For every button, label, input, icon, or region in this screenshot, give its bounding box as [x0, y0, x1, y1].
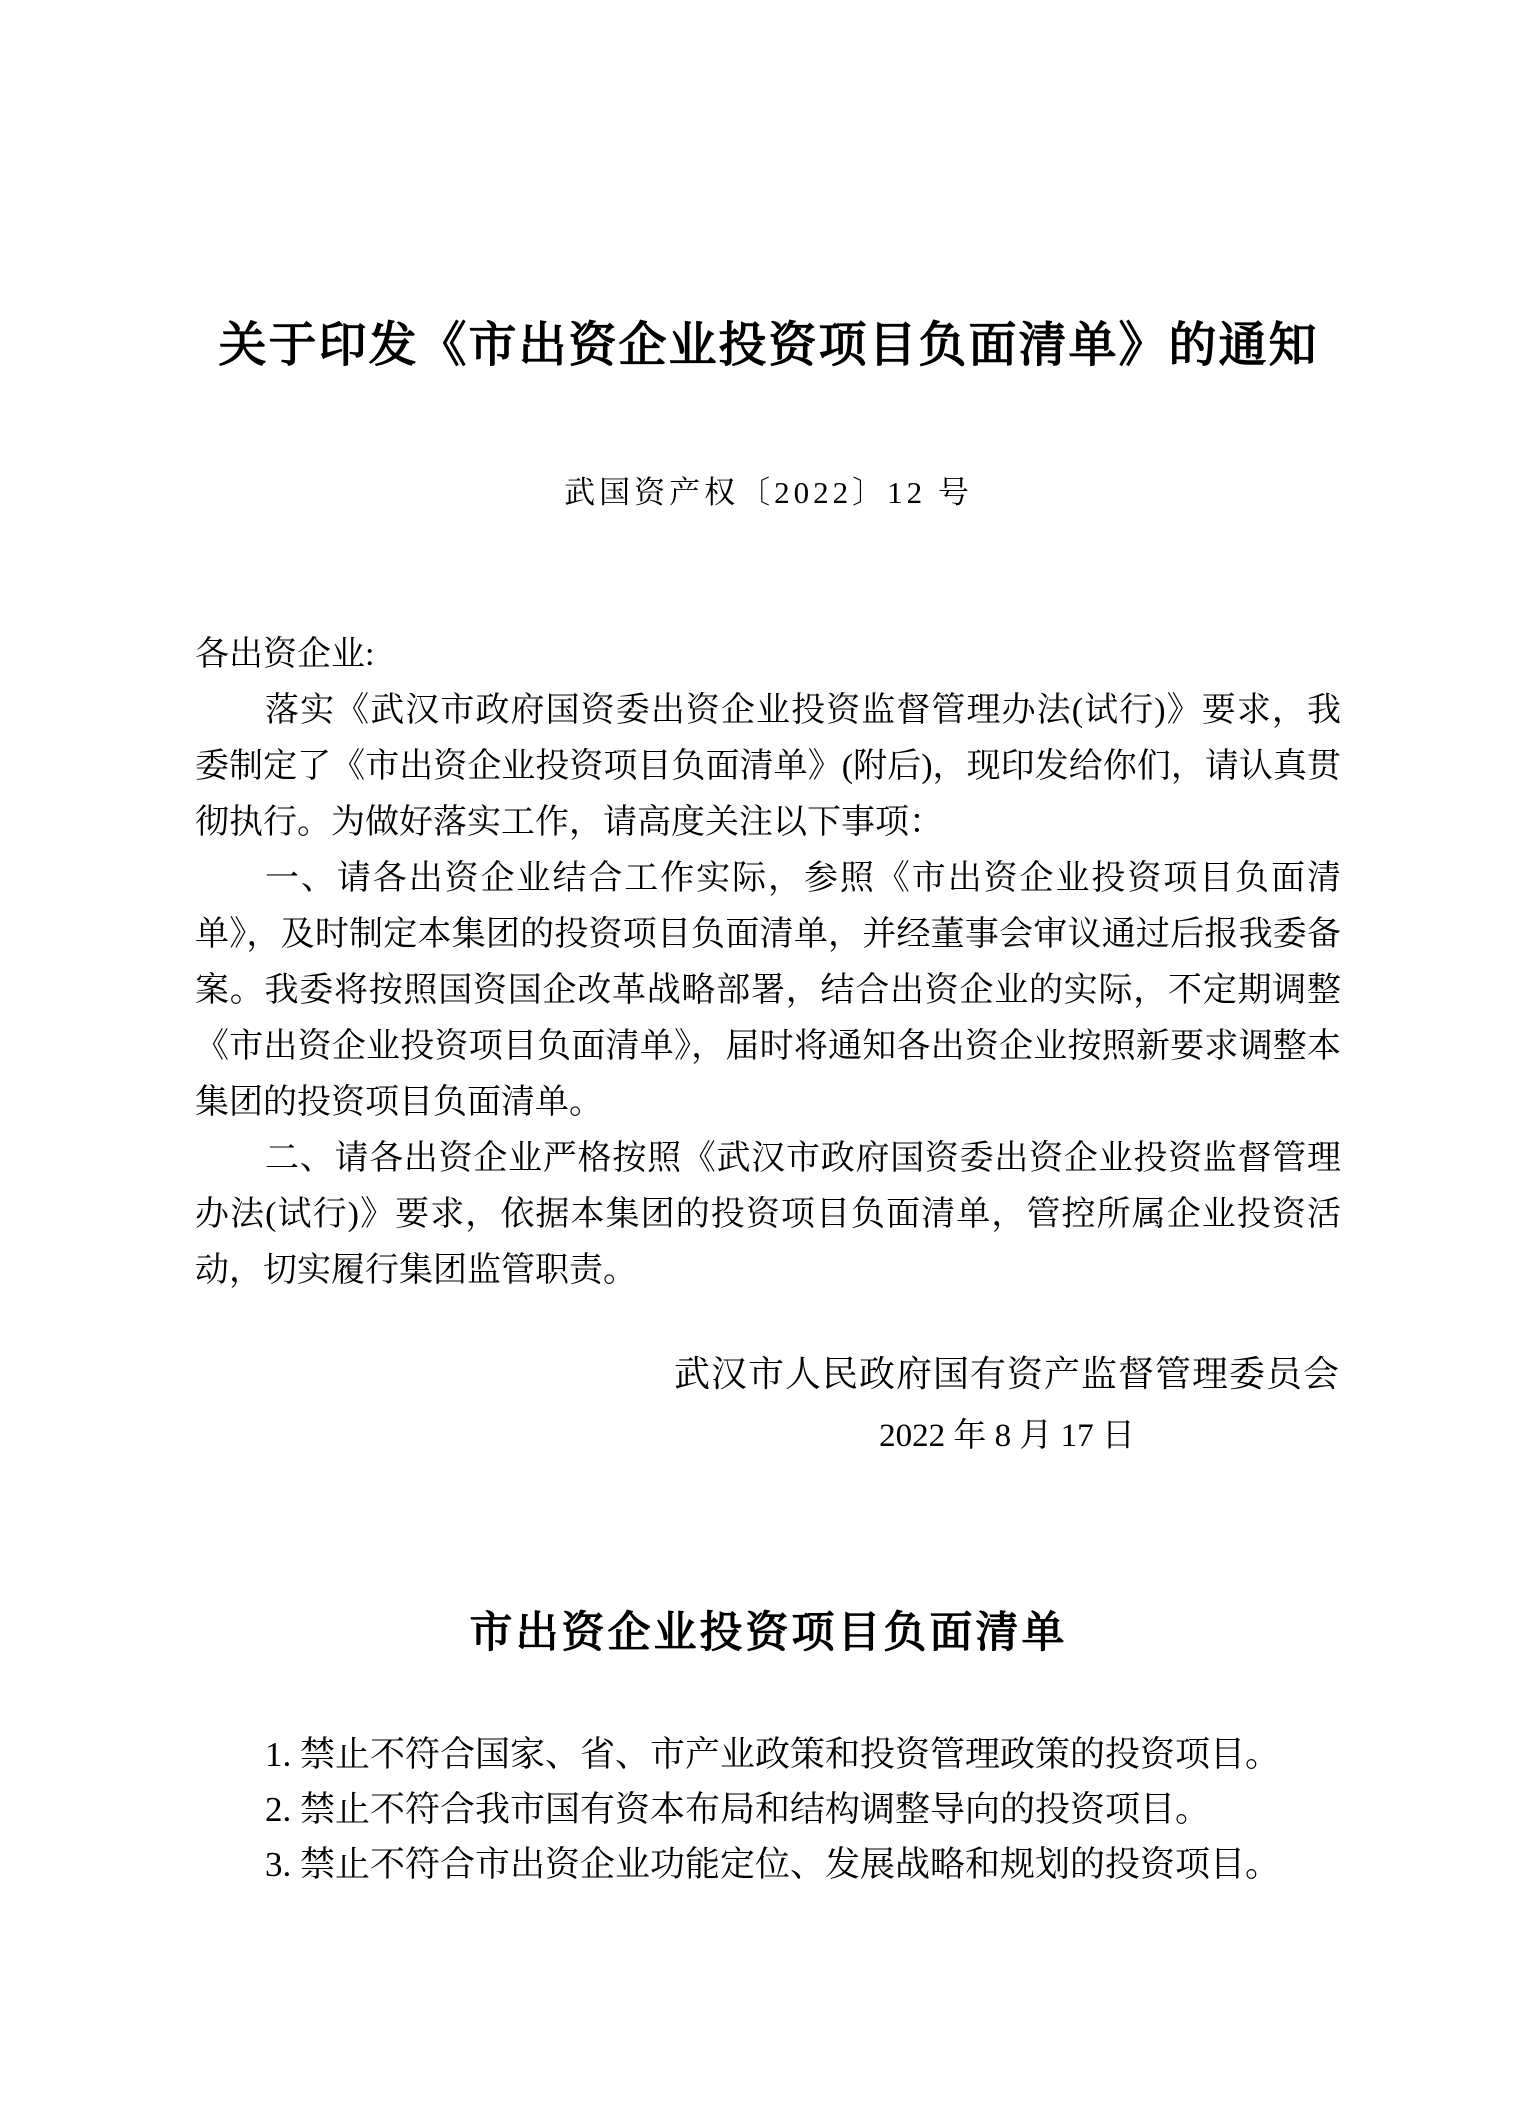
document-number: 武国资产权〔2022〕12 号 [0, 473, 1537, 513]
signature-block: 武汉市人民政府国有资产监督管理委员会 2022 年 8 月 17 日 [674, 1352, 1340, 1456]
list-item-3: 3. 禁止不符合市出资企业功能定位、发展战略和规划的投资项目。 [265, 1837, 1365, 1892]
negative-list: 1. 禁止不符合国家、省、市产业政策和投资管理政策的投资项目。 2. 禁止不符合… [265, 1727, 1365, 1892]
notice-body: 各出资企业: 落实《武汉市政府国资委出资企业投资监督管理办法(试行)》要求，我委… [195, 627, 1341, 1299]
document-page: 关于印发《市出资企业投资项目负面清单》的通知 武国资产权〔2022〕12 号 各… [0, 0, 1537, 2103]
issuing-authority: 武汉市人民政府国有资产监督管理委员会 [674, 1352, 1340, 1396]
notice-title: 关于印发《市出资企业投资项目负面清单》的通知 [0, 320, 1537, 372]
list-item-2: 2. 禁止不符合我市国有资本布局和结构调整导向的投资项目。 [265, 1782, 1365, 1837]
attachment-title: 市出资企业投资项目负面清单 [0, 1609, 1537, 1659]
list-item-1: 1. 禁止不符合国家、省、市产业政策和投资管理政策的投资项目。 [265, 1727, 1365, 1782]
notice-paragraph-1: 落实《武汉市政府国资委出资企业投资监督管理办法(试行)》要求，我委制定了《市出资… [195, 683, 1341, 851]
notice-paragraph-2: 一、请各出资企业结合工作实际，参照《市出资企业投资项目负面清单》，及时制定本集团… [195, 851, 1341, 1131]
issue-date: 2022 年 8 月 17 日 [674, 1416, 1340, 1456]
salutation: 各出资企业: [195, 627, 1341, 683]
notice-paragraph-3: 二、请各出资企业严格按照《武汉市政府国资委出资企业投资监督管理办法(试行)》要求… [195, 1131, 1341, 1299]
